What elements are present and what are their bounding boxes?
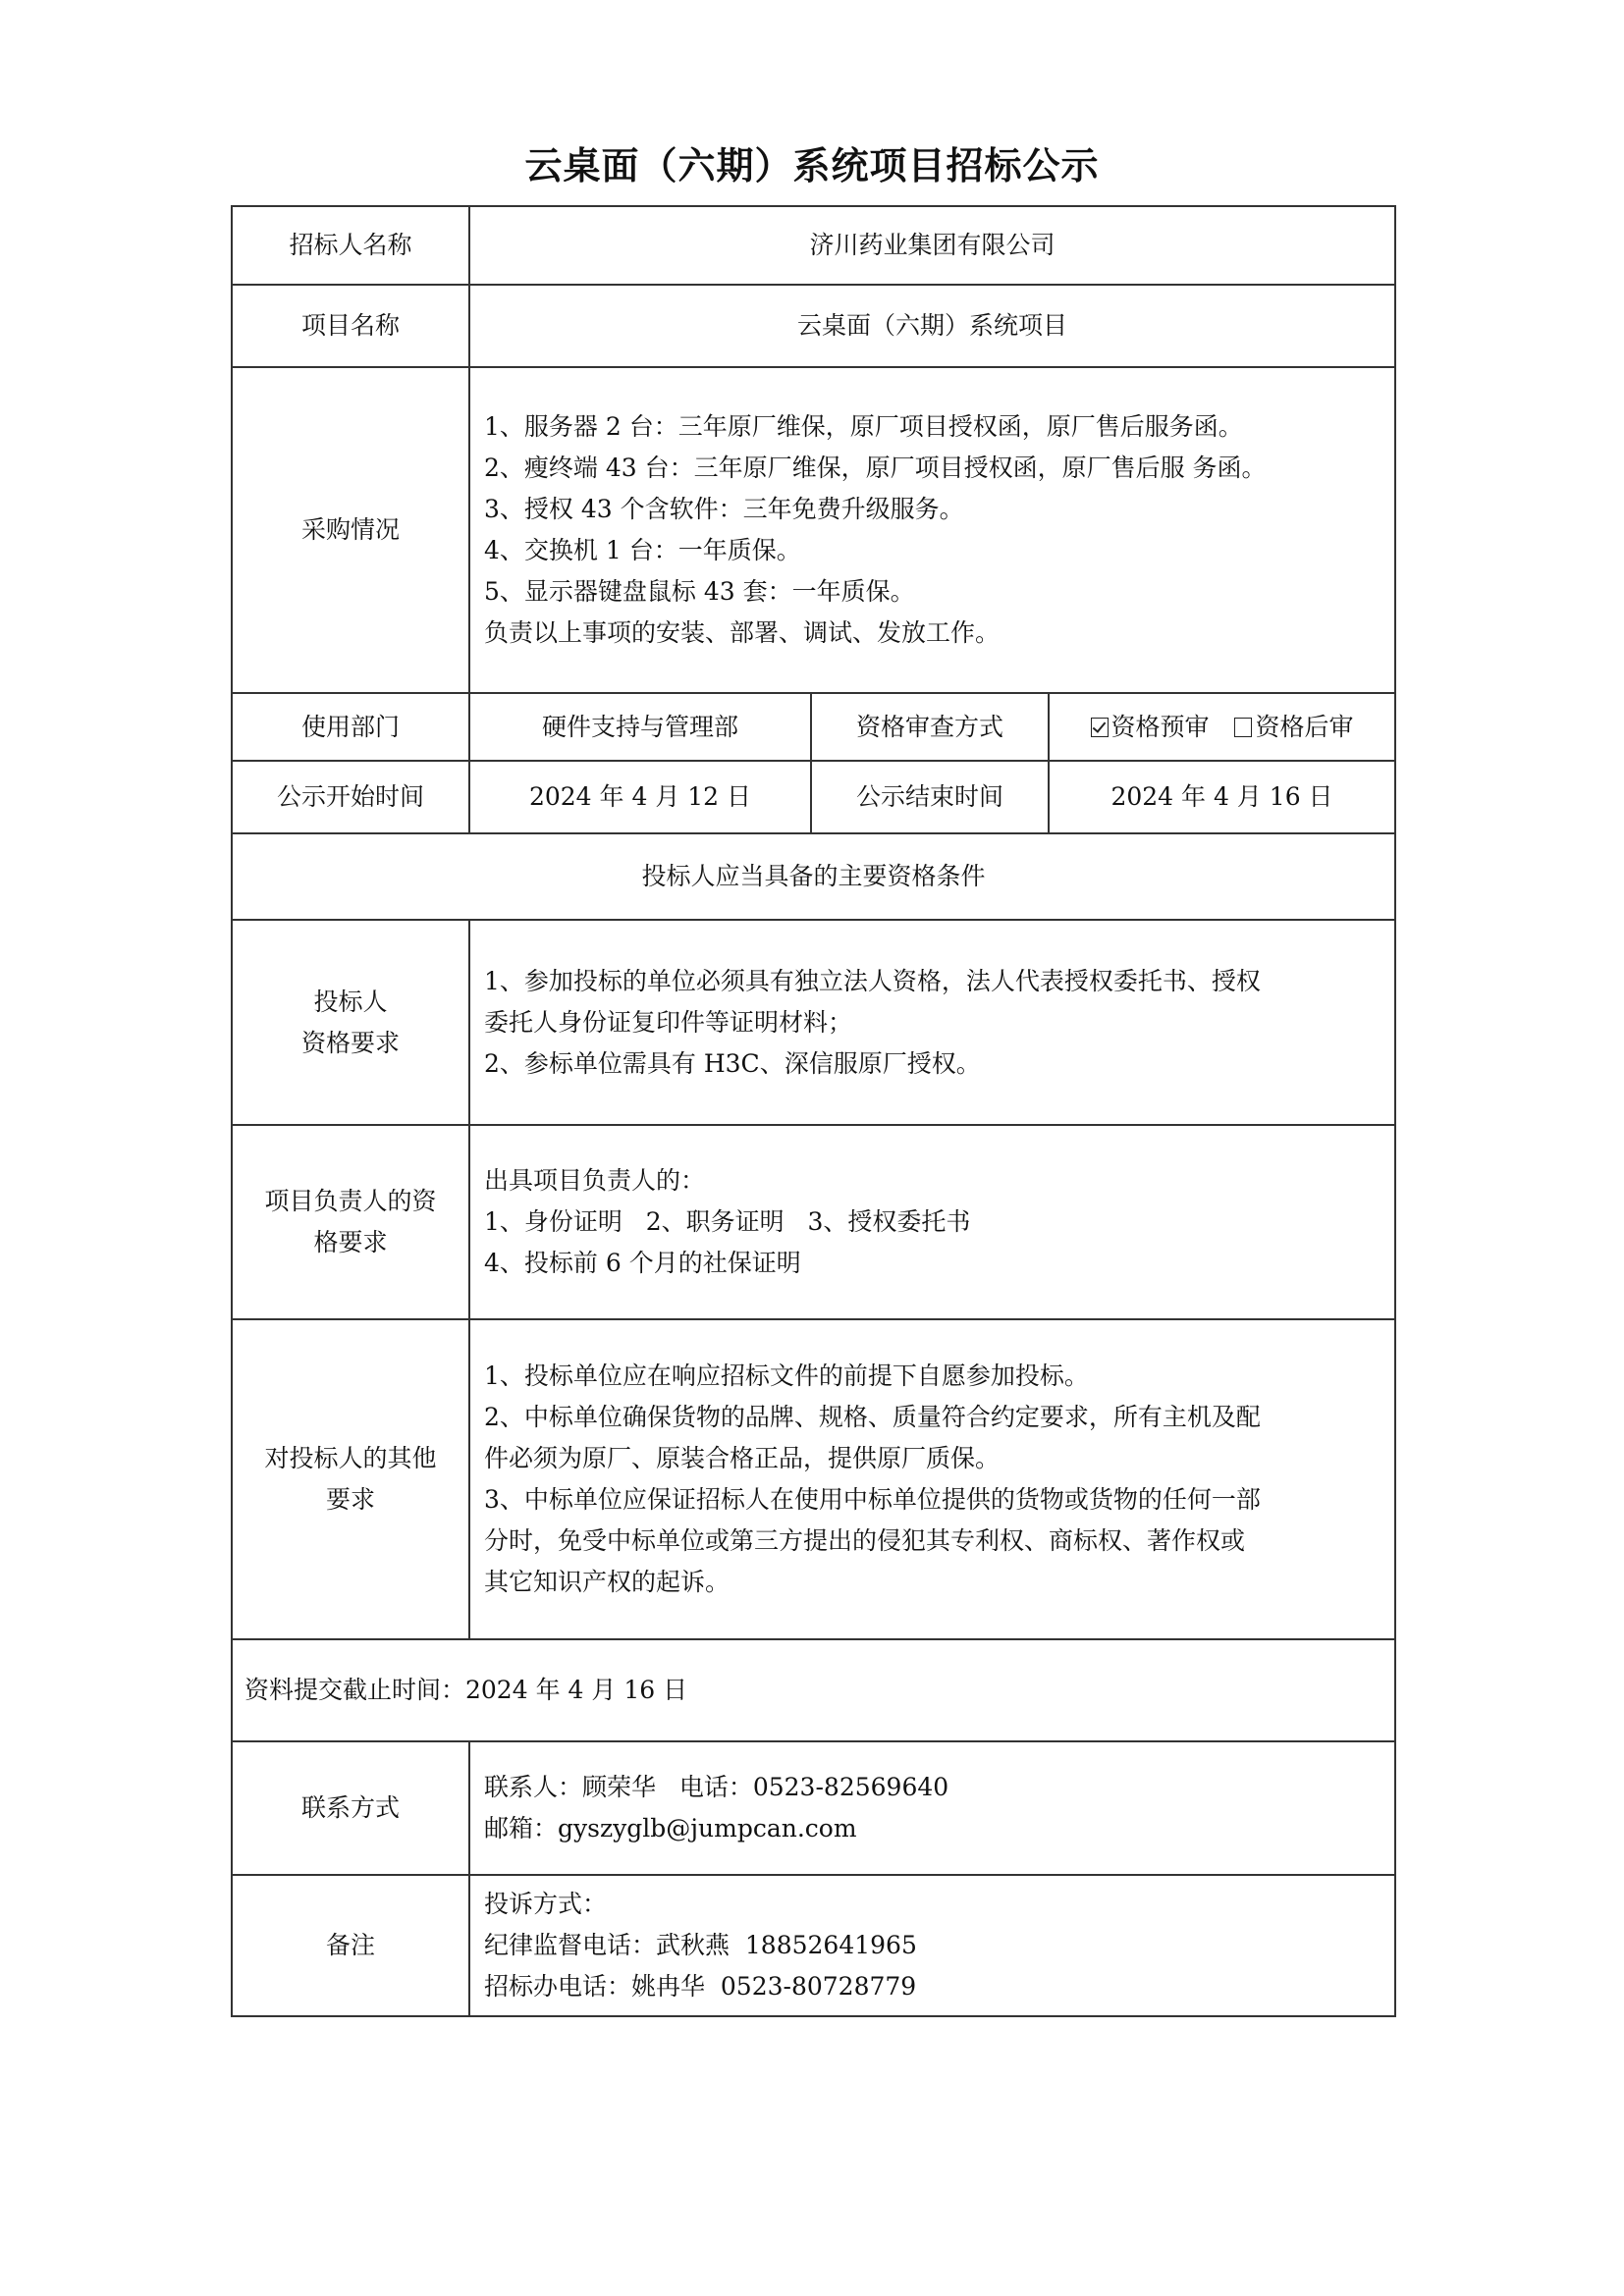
requirement-line: 件必须为原厂、原装合格正品，提供原厂质保。 [484, 1438, 1380, 1479]
other-requirements-label: 对投标人的其他 要求 [232, 1319, 469, 1639]
submission-deadline: 资料提交截止时间：2024 年 4 月 16 日 [232, 1639, 1395, 1741]
requirement-line: 其它知识产权的起诉。 [484, 1562, 1380, 1603]
procurement-line: 3、授权 43 个含软件：三年免费升级服务。 [484, 489, 1380, 530]
remarks-line: 招标办电话：姚冉华 0523-80728779 [484, 1966, 1380, 2007]
procurement-line: 1、服务器 2 台：三年原厂维保，原厂项目授权函，原厂售后服务函。 [484, 406, 1380, 448]
requirement-line: 3、中标单位应保证招标人在使用中标单位提供的货物或货物的任何一部 [484, 1479, 1380, 1521]
procurement-line: 4、交换机 1 台：一年质保。 [484, 530, 1380, 571]
requirement-line: 出具项目负责人的： [484, 1160, 1380, 1201]
start-date-value: 2024 年 4 月 12 日 [469, 761, 811, 833]
row-manager-qualification: 项目负责人的资 格要求 出具项目负责人的： 1、身份证明 2、职务证明 3、授权… [232, 1125, 1395, 1319]
requirement-line: 2、中标单位确保货物的品牌、规格、质量符合约定要求，所有主机及配 [484, 1397, 1380, 1438]
remarks-line: 投诉方式： [484, 1884, 1380, 1925]
manager-qualification-content: 出具项目负责人的： 1、身份证明 2、职务证明 3、授权委托书 4、投标前 6 … [469, 1125, 1395, 1319]
bidder-qualification-label: 投标人 资格要求 [232, 920, 469, 1125]
start-date-label: 公示开始时间 [232, 761, 469, 833]
procurement-content: 1、服务器 2 台：三年原厂维保，原厂项目授权函，原厂售后服务函。 2、瘦终端 … [469, 367, 1395, 693]
contact-person-phone: 联系人：顾荣华 电话：0523-82569640 [484, 1767, 1380, 1808]
option-postqualification[interactable]: 资格后审 [1234, 713, 1353, 741]
manager-qualification-label: 项目负责人的资 格要求 [232, 1125, 469, 1319]
checkbox-unchecked-icon[interactable] [1234, 718, 1252, 737]
other-requirements-content: 1、投标单位应在响应招标文件的前提下自愿参加投标。 2、中标单位确保货物的品牌、… [469, 1319, 1395, 1639]
row-qualification-header: 投标人应当具备的主要资格条件 [232, 833, 1395, 920]
procurement-line: 负责以上事项的安装、部署、调试、发放工作。 [484, 613, 1380, 654]
review-method-label: 资格审查方式 [811, 693, 1049, 761]
review-method-options: 资格预审 资格后审 [1049, 693, 1395, 761]
requirement-line: 1、参加投标的单位必须具有独立法人资格，法人代表授权委托书、授权 [484, 961, 1380, 1002]
remarks-label: 备注 [232, 1875, 469, 2016]
remarks-line: 纪律监督电话：武秋燕 18852641965 [484, 1925, 1380, 1966]
document-title: 云桌面（六期）系统项目招标公示 [0, 135, 1624, 189]
requirement-line: 4、投标前 6 个月的社保证明 [484, 1243, 1380, 1284]
row-dates: 公示开始时间 2024 年 4 月 12 日 公示结束时间 2024 年 4 月… [232, 761, 1395, 833]
requirement-line: 委托人身份证复印件等证明材料； [484, 1002, 1380, 1043]
procurement-label: 采购情况 [232, 367, 469, 693]
row-remarks: 备注 投诉方式： 纪律监督电话：武秋燕 18852641965 招标办电话：姚冉… [232, 1875, 1395, 2016]
row-bidder-qualification: 投标人 资格要求 1、参加投标的单位必须具有独立法人资格，法人代表授权委托书、授… [232, 920, 1395, 1125]
row-procurement: 采购情况 1、服务器 2 台：三年原厂维保，原厂项目授权函，原厂售后服务函。 2… [232, 367, 1395, 693]
option-prequalification[interactable]: 资格预审 [1091, 713, 1210, 741]
tender-notice-table: 招标人名称 济川药业集团有限公司 项目名称 云桌面（六期）系统项目 采购情况 1… [231, 205, 1396, 2017]
requirement-line: 分时，免受中标单位或第三方提出的侵犯其专利权、商标权、著作权或 [484, 1521, 1380, 1562]
end-date-value: 2024 年 4 月 16 日 [1049, 761, 1395, 833]
procurement-line: 5、显示器键盘鼠标 43 套：一年质保。 [484, 571, 1380, 613]
remarks-content: 投诉方式： 纪律监督电话：武秋燕 18852641965 招标办电话：姚冉华 0… [469, 1875, 1395, 2016]
contact-label: 联系方式 [232, 1741, 469, 1875]
project-value: 云桌面（六期）系统项目 [469, 285, 1395, 367]
requirement-line: 1、身份证明 2、职务证明 3、授权委托书 [484, 1201, 1380, 1243]
contact-content: 联系人：顾荣华 电话：0523-82569640 邮箱：gyszyglb@jum… [469, 1741, 1395, 1875]
requirement-line: 2、参标单位需具有 H3C、深信服原厂授权。 [484, 1043, 1380, 1085]
row-department: 使用部门 硬件支持与管理部 资格审查方式 资格预审 资格后审 [232, 693, 1395, 761]
row-deadline: 资料提交截止时间：2024 年 4 月 16 日 [232, 1639, 1395, 1741]
row-other-requirements: 对投标人的其他 要求 1、投标单位应在响应招标文件的前提下自愿参加投标。 2、中… [232, 1319, 1395, 1639]
requirement-line: 1、投标单位应在响应招标文件的前提下自愿参加投标。 [484, 1356, 1380, 1397]
contact-email[interactable]: 邮箱：gyszyglb@jumpcan.com [484, 1808, 1380, 1849]
procurement-line: 2、瘦终端 43 台：三年原厂维保，原厂项目授权函，原厂售后服 务函。 [484, 448, 1380, 489]
qualification-section-header: 投标人应当具备的主要资格条件 [232, 833, 1395, 920]
tenderer-label: 招标人名称 [232, 206, 469, 285]
row-project: 项目名称 云桌面（六期）系统项目 [232, 285, 1395, 367]
department-label: 使用部门 [232, 693, 469, 761]
checkbox-checked-icon[interactable] [1091, 718, 1109, 737]
row-contact: 联系方式 联系人：顾荣华 电话：0523-82569640 邮箱：gyszygl… [232, 1741, 1395, 1875]
tenderer-value: 济川药业集团有限公司 [469, 206, 1395, 285]
end-date-label: 公示结束时间 [811, 761, 1049, 833]
row-tenderer: 招标人名称 济川药业集团有限公司 [232, 206, 1395, 285]
project-label: 项目名称 [232, 285, 469, 367]
department-value: 硬件支持与管理部 [469, 693, 811, 761]
bidder-qualification-content: 1、参加投标的单位必须具有独立法人资格，法人代表授权委托书、授权 委托人身份证复… [469, 920, 1395, 1125]
